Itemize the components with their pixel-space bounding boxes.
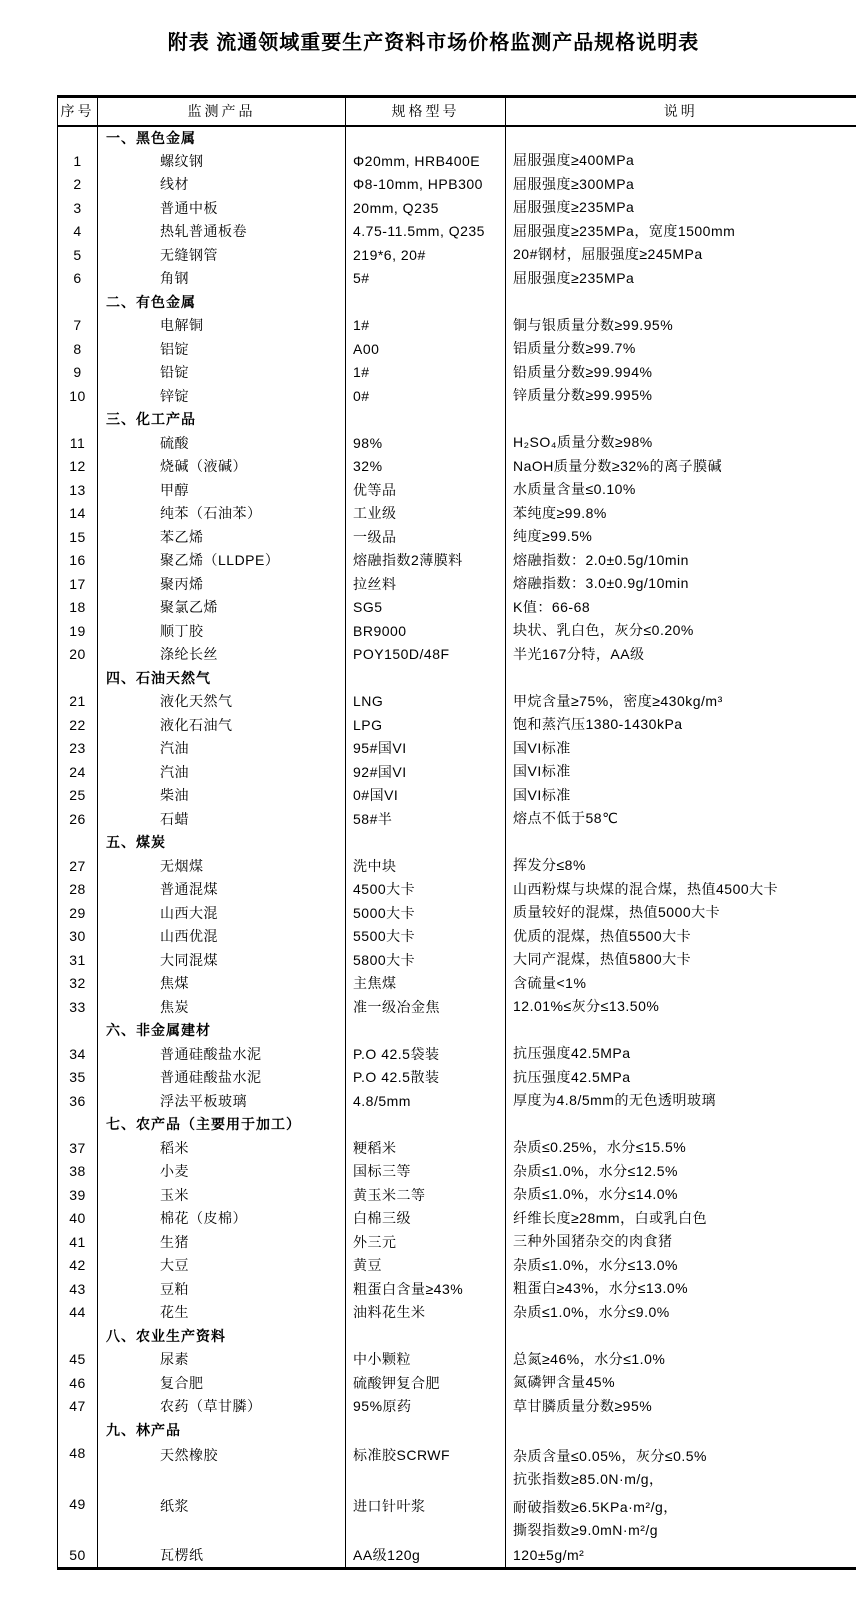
spec-value: 粗蛋白含量≥43% bbox=[346, 1277, 506, 1301]
spec-value: 国标三等 bbox=[346, 1160, 506, 1184]
table-row: 24汽油92#国VI国VI标准 bbox=[58, 760, 856, 784]
table-row: 6角钢5#屈服强度≥235MPa bbox=[58, 267, 856, 291]
table-row: 34普通硅酸盐水泥P.O 42.5袋装抗压强度42.5MPa bbox=[58, 1042, 856, 1066]
section-row: 七、农产品（主要用于加工） bbox=[58, 1113, 856, 1137]
row-index: 47 bbox=[58, 1395, 98, 1419]
spec-value: 1# bbox=[346, 361, 506, 385]
desc-text bbox=[506, 666, 856, 690]
spec-value: 熔融指数2薄膜料 bbox=[346, 549, 506, 573]
desc-text: 杂质≤1.0%，水分≤9.0% bbox=[506, 1301, 856, 1325]
table-row: 8铝锭A00铝质量分数≥99.7% bbox=[58, 337, 856, 361]
section-title: 八、农业生产资料 bbox=[98, 1324, 346, 1348]
spec-value: BR9000 bbox=[346, 619, 506, 643]
row-index: 8 bbox=[58, 337, 98, 361]
table-row: 22液化石油气LPG饱和蒸汽压1380-1430kPa bbox=[58, 713, 856, 737]
spec-value: 一级品 bbox=[346, 525, 506, 549]
spec-value: 拉丝料 bbox=[346, 572, 506, 596]
product-name: 农药（草甘膦） bbox=[98, 1395, 346, 1419]
product-name: 无缝钢管 bbox=[98, 243, 346, 267]
product-name: 天然橡胶 bbox=[98, 1442, 346, 1493]
desc-text: H₂SO₄质量分数≥98% bbox=[506, 431, 856, 455]
product-name: 硫酸 bbox=[98, 431, 346, 455]
desc-text: 杂质≤1.0%，水分≤13.0% bbox=[506, 1254, 856, 1278]
desc-text: 杂质含量≤0.05%，灰分≤0.5% 抗张指数≥85.0N·m/g， bbox=[506, 1442, 856, 1493]
row-index: 34 bbox=[58, 1042, 98, 1066]
row-index: 50 bbox=[58, 1544, 98, 1569]
spec-value: 95%原药 bbox=[346, 1395, 506, 1419]
desc-text bbox=[506, 126, 856, 150]
spec-value bbox=[346, 1019, 506, 1043]
desc-text: 抗压强度42.5MPa bbox=[506, 1066, 856, 1090]
product-name: 热轧普通板卷 bbox=[98, 220, 346, 244]
row-index: 22 bbox=[58, 713, 98, 737]
spec-value: LNG bbox=[346, 690, 506, 714]
spec-value bbox=[346, 126, 506, 150]
row-index: 29 bbox=[58, 901, 98, 925]
product-name: 石蜡 bbox=[98, 807, 346, 831]
table-row: 46复合肥硫酸钾复合肥氮磷钾含量45% bbox=[58, 1371, 856, 1395]
desc-text bbox=[506, 831, 856, 855]
product-name: 角钢 bbox=[98, 267, 346, 291]
table-row: 21液化天然气LNG甲烷含量≥75%，密度≥430kg/m³ bbox=[58, 690, 856, 714]
desc-text bbox=[506, 1113, 856, 1137]
row-index: 27 bbox=[58, 854, 98, 878]
spec-value: 主焦煤 bbox=[346, 972, 506, 996]
table-row: 4热轧普通板卷4.75-11.5mm, Q235屈服强度≥235MPa，宽度15… bbox=[58, 220, 856, 244]
row-index: 28 bbox=[58, 878, 98, 902]
section-row: 一、黑色金属 bbox=[58, 126, 856, 150]
row-index bbox=[58, 126, 98, 150]
table-row: 13甲醇优等品水质量含量≤0.10% bbox=[58, 478, 856, 502]
row-index: 24 bbox=[58, 760, 98, 784]
desc-text: 杂质≤1.0%，水分≤12.5% bbox=[506, 1160, 856, 1184]
desc-text: 总氮≥46%，水分≤1.0% bbox=[506, 1348, 856, 1372]
row-index: 38 bbox=[58, 1160, 98, 1184]
desc-text: 抗压强度42.5MPa bbox=[506, 1042, 856, 1066]
spec-value: 92#国VI bbox=[346, 760, 506, 784]
section-row: 二、有色金属 bbox=[58, 290, 856, 314]
spec-value: 5# bbox=[346, 267, 506, 291]
spec-value: 58#半 bbox=[346, 807, 506, 831]
product-name: 普通硅酸盐水泥 bbox=[98, 1042, 346, 1066]
spec-value: 4500大卡 bbox=[346, 878, 506, 902]
row-index: 5 bbox=[58, 243, 98, 267]
table-row: 42大豆黄豆杂质≤1.0%，水分≤13.0% bbox=[58, 1254, 856, 1278]
table-row: 10锌锭0#锌质量分数≥99.995% bbox=[58, 384, 856, 408]
spec-value: Φ8-10mm, HPB300 bbox=[346, 173, 506, 197]
desc-text: 半光167分特，AA级 bbox=[506, 643, 856, 667]
product-name: 大同混煤 bbox=[98, 948, 346, 972]
table-row: 3普通中板20mm, Q235屈服强度≥235MPa bbox=[58, 196, 856, 220]
spec-value: 中小颗粒 bbox=[346, 1348, 506, 1372]
product-name: 普通混煤 bbox=[98, 878, 346, 902]
table-row: 5无缝钢管219*6, 20#20#钢材，屈服强度≥245MPa bbox=[58, 243, 856, 267]
spec-value: 4.75-11.5mm, Q235 bbox=[346, 220, 506, 244]
table-row: 26石蜡58#半熔点不低于58℃ bbox=[58, 807, 856, 831]
row-index: 1 bbox=[58, 149, 98, 173]
desc-text: 含硫量<1% bbox=[506, 972, 856, 996]
desc-text bbox=[506, 408, 856, 432]
product-name: 棉花（皮棉） bbox=[98, 1207, 346, 1231]
row-index: 18 bbox=[58, 596, 98, 620]
section-row: 八、农业生产资料 bbox=[58, 1324, 856, 1348]
spec-value bbox=[346, 290, 506, 314]
table-row: 25柴油0#国VI国VI标准 bbox=[58, 784, 856, 808]
desc-text bbox=[506, 1019, 856, 1043]
desc-text: 草甘膦质量分数≥95% bbox=[506, 1395, 856, 1419]
section-title: 七、农产品（主要用于加工） bbox=[98, 1113, 346, 1137]
row-index: 16 bbox=[58, 549, 98, 573]
spec-value bbox=[346, 831, 506, 855]
section-row: 五、煤炭 bbox=[58, 831, 856, 855]
row-index bbox=[58, 1019, 98, 1043]
section-title: 九、林产品 bbox=[98, 1418, 346, 1442]
product-name: 瓦楞纸 bbox=[98, 1544, 346, 1569]
row-index: 3 bbox=[58, 196, 98, 220]
product-name: 花生 bbox=[98, 1301, 346, 1325]
row-index: 32 bbox=[58, 972, 98, 996]
product-name: 山西优混 bbox=[98, 925, 346, 949]
desc-text: 铜与银质量分数≥99.95% bbox=[506, 314, 856, 338]
spec-value: 98% bbox=[346, 431, 506, 455]
table-row: 16聚乙烯（LLDPE）熔融指数2薄膜料熔融指数：2.0±0.5g/10min bbox=[58, 549, 856, 573]
product-name: 生猪 bbox=[98, 1230, 346, 1254]
row-index: 31 bbox=[58, 948, 98, 972]
spec-value: 20mm, Q235 bbox=[346, 196, 506, 220]
table-row: 37稻米粳稻米杂质≤0.25%，水分≤15.5% bbox=[58, 1136, 856, 1160]
row-index bbox=[58, 1113, 98, 1137]
row-index: 48 bbox=[58, 1442, 98, 1493]
product-name: 聚乙烯（LLDPE） bbox=[98, 549, 346, 573]
desc-text: 水质量含量≤0.10% bbox=[506, 478, 856, 502]
desc-text: 厚度为4.8/5mm的无色透明玻璃 bbox=[506, 1089, 856, 1113]
table-row: 9铅锭1#铅质量分数≥99.994% bbox=[58, 361, 856, 385]
spec-value: POY150D/48F bbox=[346, 643, 506, 667]
row-index: 13 bbox=[58, 478, 98, 502]
section-row: 四、石油天然气 bbox=[58, 666, 856, 690]
row-index: 49 bbox=[58, 1493, 98, 1544]
desc-text: 三种外国猪杂交的肉食猪 bbox=[506, 1230, 856, 1254]
row-index: 23 bbox=[58, 737, 98, 761]
desc-text: 杂质≤0.25%，水分≤15.5% bbox=[506, 1136, 856, 1160]
product-name: 聚丙烯 bbox=[98, 572, 346, 596]
section-row: 三、化工产品 bbox=[58, 408, 856, 432]
row-index: 42 bbox=[58, 1254, 98, 1278]
spec-value: 32% bbox=[346, 455, 506, 479]
spec-value: 粳稻米 bbox=[346, 1136, 506, 1160]
product-name: 铝锭 bbox=[98, 337, 346, 361]
product-name: 汽油 bbox=[98, 760, 346, 784]
row-index: 2 bbox=[58, 173, 98, 197]
desc-text bbox=[506, 1324, 856, 1348]
desc-text: 20#钢材，屈服强度≥245MPa bbox=[506, 243, 856, 267]
spec-value: 4.8/5mm bbox=[346, 1089, 506, 1113]
table-row: 44花生油料花生米杂质≤1.0%，水分≤9.0% bbox=[58, 1301, 856, 1325]
spec-value: SG5 bbox=[346, 596, 506, 620]
table-row: 41生猪外三元三种外国猪杂交的肉食猪 bbox=[58, 1230, 856, 1254]
row-index: 17 bbox=[58, 572, 98, 596]
table-row: 1螺纹钢Φ20mm, HRB400E屈服强度≥400MPa bbox=[58, 149, 856, 173]
section-row: 九、林产品 bbox=[58, 1418, 856, 1442]
table-row: 11硫酸98%H₂SO₄质量分数≥98% bbox=[58, 431, 856, 455]
table-row: 39玉米黄玉米二等杂质≤1.0%，水分≤14.0% bbox=[58, 1183, 856, 1207]
desc-text: 挥发分≤8% bbox=[506, 854, 856, 878]
spec-value: 0#国VI bbox=[346, 784, 506, 808]
product-name: 普通中板 bbox=[98, 196, 346, 220]
table-row: 36浮法平板玻璃4.8/5mm厚度为4.8/5mm的无色透明玻璃 bbox=[58, 1089, 856, 1113]
row-index: 46 bbox=[58, 1371, 98, 1395]
row-index: 7 bbox=[58, 314, 98, 338]
product-name: 甲醇 bbox=[98, 478, 346, 502]
row-index: 43 bbox=[58, 1277, 98, 1301]
row-index: 36 bbox=[58, 1089, 98, 1113]
row-index: 40 bbox=[58, 1207, 98, 1231]
spec-value: 5800大卡 bbox=[346, 948, 506, 972]
spec-value bbox=[346, 408, 506, 432]
product-name: 大豆 bbox=[98, 1254, 346, 1278]
product-name: 普通硅酸盐水泥 bbox=[98, 1066, 346, 1090]
product-name: 顺丁胶 bbox=[98, 619, 346, 643]
spec-value bbox=[346, 1113, 506, 1137]
table-row: 20涤纶长丝POY150D/48F半光167分特，AA级 bbox=[58, 643, 856, 667]
desc-text: 质量较好的混煤，热值5000大卡 bbox=[506, 901, 856, 925]
table-row: 45尿素中小颗粒总氮≥46%，水分≤1.0% bbox=[58, 1348, 856, 1372]
spec-table: 序号 监测产品 规格型号 说明 一、黑色金属1螺纹钢Φ20mm, HRB400E… bbox=[57, 95, 856, 1570]
section-row: 六、非金属建材 bbox=[58, 1019, 856, 1043]
desc-text: 饱和蒸汽压1380-1430kPa bbox=[506, 713, 856, 737]
desc-text: 甲烷含量≥75%，密度≥430kg/m³ bbox=[506, 690, 856, 714]
row-index: 14 bbox=[58, 502, 98, 526]
table-row: 23汽油95#国VI国VI标准 bbox=[58, 737, 856, 761]
desc-text: 纯度≥99.5% bbox=[506, 525, 856, 549]
desc-text: 熔融指数：3.0±0.9g/10min bbox=[506, 572, 856, 596]
table-row: 18聚氯乙烯SG5K值：66-68 bbox=[58, 596, 856, 620]
product-name: 尿素 bbox=[98, 1348, 346, 1372]
table-body: 一、黑色金属1螺纹钢Φ20mm, HRB400E屈服强度≥400MPa2线材Φ8… bbox=[58, 126, 856, 1569]
product-name: 苯乙烯 bbox=[98, 525, 346, 549]
row-index bbox=[58, 290, 98, 314]
section-title: 三、化工产品 bbox=[98, 408, 346, 432]
row-index: 45 bbox=[58, 1348, 98, 1372]
product-name: 线材 bbox=[98, 173, 346, 197]
row-index: 19 bbox=[58, 619, 98, 643]
spec-value: 5000大卡 bbox=[346, 901, 506, 925]
spec-value bbox=[346, 1418, 506, 1442]
product-name: 焦炭 bbox=[98, 995, 346, 1019]
table-row: 40棉花（皮棉）白棉三级纤维长度≥28mm，白或乳白色 bbox=[58, 1207, 856, 1231]
spec-value: 黄豆 bbox=[346, 1254, 506, 1278]
table-row: 19顺丁胶BR9000块状、乳白色，灰分≤0.20% bbox=[58, 619, 856, 643]
table-row: 49纸浆进口针叶浆耐破指数≥6.5KPa·m²/g， 撕裂指数≥9.0mN·m²… bbox=[58, 1493, 856, 1544]
table-row: 32焦煤主焦煤含硫量<1% bbox=[58, 972, 856, 996]
row-index: 12 bbox=[58, 455, 98, 479]
spec-value: P.O 42.5散装 bbox=[346, 1066, 506, 1090]
table-row: 17聚丙烯拉丝料熔融指数：3.0±0.9g/10min bbox=[58, 572, 856, 596]
desc-text: 12.01%≤灰分≤13.50% bbox=[506, 995, 856, 1019]
spec-value: A00 bbox=[346, 337, 506, 361]
spec-value: 工业级 bbox=[346, 502, 506, 526]
row-index bbox=[58, 1418, 98, 1442]
product-name: 纸浆 bbox=[98, 1493, 346, 1544]
spec-value: P.O 42.5袋装 bbox=[346, 1042, 506, 1066]
product-name: 山西大混 bbox=[98, 901, 346, 925]
table-row: 38小麦国标三等杂质≤1.0%，水分≤12.5% bbox=[58, 1160, 856, 1184]
spec-value: 优等品 bbox=[346, 478, 506, 502]
page-title: 附表 流通领域重要生产资料市场价格监测产品规格说明表 bbox=[0, 26, 867, 55]
row-index: 10 bbox=[58, 384, 98, 408]
desc-text: 块状、乳白色，灰分≤0.20% bbox=[506, 619, 856, 643]
table-row: 48天然橡胶标准胶SCRWF杂质含量≤0.05%，灰分≤0.5% 抗张指数≥85… bbox=[58, 1442, 856, 1493]
product-name: 汽油 bbox=[98, 737, 346, 761]
product-name: 稻米 bbox=[98, 1136, 346, 1160]
desc-text: 屈服强度≥235MPa bbox=[506, 267, 856, 291]
product-name: 柴油 bbox=[98, 784, 346, 808]
product-name: 无烟煤 bbox=[98, 854, 346, 878]
row-index: 35 bbox=[58, 1066, 98, 1090]
product-name: 锌锭 bbox=[98, 384, 346, 408]
section-title: 四、石油天然气 bbox=[98, 666, 346, 690]
desc-text: 铝质量分数≥99.7% bbox=[506, 337, 856, 361]
spec-value: 进口针叶浆 bbox=[346, 1493, 506, 1544]
desc-text: 粗蛋白≥43%，水分≤13.0% bbox=[506, 1277, 856, 1301]
table-row: 43豆粕粗蛋白含量≥43%粗蛋白≥43%，水分≤13.0% bbox=[58, 1277, 856, 1301]
desc-text: 纤维长度≥28mm，白或乳白色 bbox=[506, 1207, 856, 1231]
header-index: 序号 bbox=[58, 97, 98, 126]
spec-value bbox=[346, 666, 506, 690]
desc-text: 屈服强度≥300MPa bbox=[506, 173, 856, 197]
row-index: 30 bbox=[58, 925, 98, 949]
row-index: 44 bbox=[58, 1301, 98, 1325]
product-name: 聚氯乙烯 bbox=[98, 596, 346, 620]
table-row: 27无烟煤洗中块挥发分≤8% bbox=[58, 854, 856, 878]
desc-text: 苯纯度≥99.8% bbox=[506, 502, 856, 526]
spec-value: 1# bbox=[346, 314, 506, 338]
desc-text: 氮磷钾含量45% bbox=[506, 1371, 856, 1395]
desc-text: NaOH质量分数≥32%的离子膜碱 bbox=[506, 455, 856, 479]
header-desc: 说明 bbox=[506, 97, 856, 126]
desc-text bbox=[506, 290, 856, 314]
desc-text: 锌质量分数≥99.995% bbox=[506, 384, 856, 408]
desc-text: K值：66-68 bbox=[506, 596, 856, 620]
desc-text: 耐破指数≥6.5KPa·m²/g， 撕裂指数≥9.0mN·m²/g bbox=[506, 1493, 856, 1544]
row-index: 33 bbox=[58, 995, 98, 1019]
table-row: 31大同混煤5800大卡大同产混煤，热值5800大卡 bbox=[58, 948, 856, 972]
product-name: 铅锭 bbox=[98, 361, 346, 385]
product-name: 烧碱（液碱） bbox=[98, 455, 346, 479]
desc-text: 屈服强度≥235MPa bbox=[506, 196, 856, 220]
spec-value: AA级120g bbox=[346, 1544, 506, 1569]
desc-text: 山西粉煤与块煤的混合煤，热值4500大卡 bbox=[506, 878, 856, 902]
row-index bbox=[58, 408, 98, 432]
desc-text: 杂质≤1.0%，水分≤14.0% bbox=[506, 1183, 856, 1207]
row-index bbox=[58, 831, 98, 855]
desc-text: 熔点不低于58℃ bbox=[506, 807, 856, 831]
spec-value: 219*6, 20# bbox=[346, 243, 506, 267]
row-index: 20 bbox=[58, 643, 98, 667]
desc-text: 屈服强度≥400MPa bbox=[506, 149, 856, 173]
desc-text: 熔融指数：2.0±0.5g/10min bbox=[506, 549, 856, 573]
product-name: 小麦 bbox=[98, 1160, 346, 1184]
spec-value: 准一级冶金焦 bbox=[346, 995, 506, 1019]
desc-text: 国VI标准 bbox=[506, 784, 856, 808]
table-row: 29山西大混5000大卡质量较好的混煤，热值5000大卡 bbox=[58, 901, 856, 925]
row-index: 15 bbox=[58, 525, 98, 549]
row-index: 4 bbox=[58, 220, 98, 244]
table-row: 30山西优混5500大卡优质的混煤，热值5500大卡 bbox=[58, 925, 856, 949]
product-name: 豆粕 bbox=[98, 1277, 346, 1301]
row-index: 37 bbox=[58, 1136, 98, 1160]
table-row: 47农药（草甘膦）95%原药草甘膦质量分数≥95% bbox=[58, 1395, 856, 1419]
product-name: 电解铜 bbox=[98, 314, 346, 338]
spec-value: 5500大卡 bbox=[346, 925, 506, 949]
table-row: 7电解铜1#铜与银质量分数≥99.95% bbox=[58, 314, 856, 338]
product-name: 液化天然气 bbox=[98, 690, 346, 714]
spec-value: LPG bbox=[346, 713, 506, 737]
product-name: 焦煤 bbox=[98, 972, 346, 996]
spec-value: 外三元 bbox=[346, 1230, 506, 1254]
header-spec: 规格型号 bbox=[346, 97, 506, 126]
spec-value: 油料花生米 bbox=[346, 1301, 506, 1325]
spec-value: 95#国VI bbox=[346, 737, 506, 761]
table-row: 14纯苯（石油苯）工业级苯纯度≥99.8% bbox=[58, 502, 856, 526]
section-title: 五、煤炭 bbox=[98, 831, 346, 855]
spec-value: Φ20mm, HRB400E bbox=[346, 149, 506, 173]
spec-value: 黄玉米二等 bbox=[346, 1183, 506, 1207]
section-title: 一、黑色金属 bbox=[98, 126, 346, 150]
table-row: 35普通硅酸盐水泥P.O 42.5散装抗压强度42.5MPa bbox=[58, 1066, 856, 1090]
row-index: 41 bbox=[58, 1230, 98, 1254]
row-index: 25 bbox=[58, 784, 98, 808]
row-index: 6 bbox=[58, 267, 98, 291]
table-row: 33焦炭准一级冶金焦12.01%≤灰分≤13.50% bbox=[58, 995, 856, 1019]
table-row: 50瓦楞纸AA级120g120±5g/m² bbox=[58, 1544, 856, 1569]
row-index: 9 bbox=[58, 361, 98, 385]
row-index bbox=[58, 1324, 98, 1348]
row-index: 26 bbox=[58, 807, 98, 831]
header-product: 监测产品 bbox=[98, 97, 346, 126]
product-name: 涤纶长丝 bbox=[98, 643, 346, 667]
product-name: 螺纹钢 bbox=[98, 149, 346, 173]
spec-value: 白棉三级 bbox=[346, 1207, 506, 1231]
row-index: 39 bbox=[58, 1183, 98, 1207]
product-name: 液化石油气 bbox=[98, 713, 346, 737]
section-title: 二、有色金属 bbox=[98, 290, 346, 314]
table-row: 15苯乙烯一级品纯度≥99.5% bbox=[58, 525, 856, 549]
spec-value: 0# bbox=[346, 384, 506, 408]
product-name: 玉米 bbox=[98, 1183, 346, 1207]
desc-text: 大同产混煤，热值5800大卡 bbox=[506, 948, 856, 972]
desc-text: 铅质量分数≥99.994% bbox=[506, 361, 856, 385]
product-name: 复合肥 bbox=[98, 1371, 346, 1395]
product-name: 纯苯（石油苯） bbox=[98, 502, 346, 526]
table-row: 2线材Φ8-10mm, HPB300屈服强度≥300MPa bbox=[58, 173, 856, 197]
table-row: 12烧碱（液碱）32%NaOH质量分数≥32%的离子膜碱 bbox=[58, 455, 856, 479]
header-row: 序号 监测产品 规格型号 说明 bbox=[58, 97, 856, 126]
spec-value: 硫酸钾复合肥 bbox=[346, 1371, 506, 1395]
spec-value: 洗中块 bbox=[346, 854, 506, 878]
desc-text: 120±5g/m² bbox=[506, 1544, 856, 1569]
spec-value: 标准胶SCRWF bbox=[346, 1442, 506, 1493]
desc-text bbox=[506, 1418, 856, 1442]
table-row: 28普通混煤4500大卡山西粉煤与块煤的混合煤，热值4500大卡 bbox=[58, 878, 856, 902]
spec-value bbox=[346, 1324, 506, 1348]
desc-text: 国VI标准 bbox=[506, 760, 856, 784]
section-title: 六、非金属建材 bbox=[98, 1019, 346, 1043]
desc-text: 屈服强度≥235MPa，宽度1500mm bbox=[506, 220, 856, 244]
row-index: 21 bbox=[58, 690, 98, 714]
row-index: 11 bbox=[58, 431, 98, 455]
desc-text: 国VI标准 bbox=[506, 737, 856, 761]
